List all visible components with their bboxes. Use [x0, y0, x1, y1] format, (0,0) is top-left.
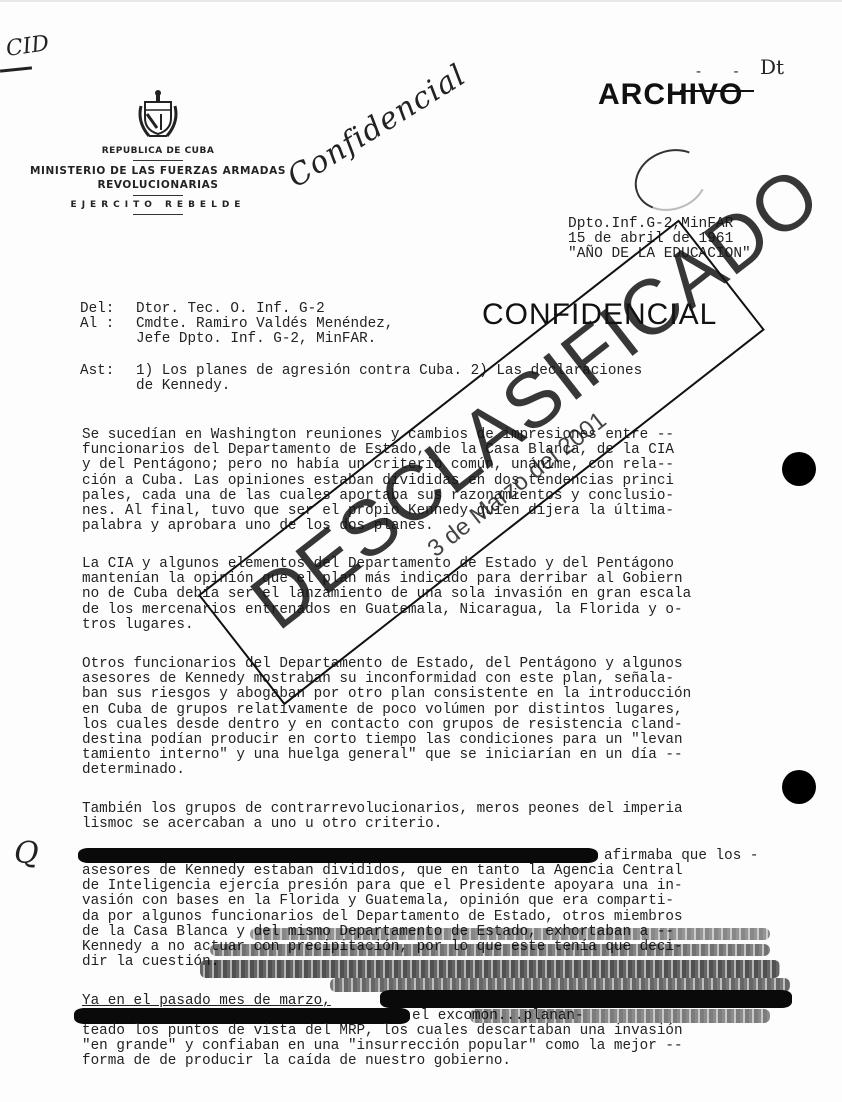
punch-hole: [782, 770, 816, 804]
paragraph-3: Otros funcionarios del Departamento de E…: [82, 657, 691, 779]
text-line: También los grupos de contrarrevoluciona…: [82, 801, 683, 817]
handwritten-margin-mark: Q: [14, 836, 39, 871]
divider: [133, 195, 183, 196]
redaction-bar: [380, 990, 792, 1008]
paragraph-6-first: Ya en el pasado mes de marzo,: [82, 994, 331, 1009]
text-line: de Inteligencia ejercía presión para que…: [82, 878, 683, 894]
document-page: CID Confidencial - - Dt Q REPUBLICA DE C…: [0, 0, 842, 1102]
al-value-2: Jefe Dpto. Inf. G-2, MinFAR.: [136, 332, 376, 347]
archivo-strikethrough: [680, 90, 754, 92]
cuba-coat-of-arms-icon: [135, 88, 181, 140]
del-value: Dtor. Tec. O. Inf. G-2: [136, 302, 325, 317]
text-line: ban sus riesgos y abogaban por otro plan…: [82, 686, 691, 702]
handwritten-confidencial: Confidencial: [281, 58, 472, 195]
text-line: Otros funcionarios del Departamento de E…: [82, 656, 683, 672]
smudged-redaction: [200, 960, 780, 978]
text-line: dir la cuestión.: [82, 954, 219, 970]
text-line: en Cuba de grupos relativamente de poco …: [82, 702, 683, 718]
paragraph-5-first-tail: afirmaba que los -: [604, 849, 758, 864]
text-line: asesores de Kennedy mostraban su inconfo…: [82, 671, 674, 687]
text-line: lismoc se acercaban a uno u otro criteri…: [82, 816, 442, 832]
punch-hole: [782, 452, 816, 486]
del-label: Del:: [80, 302, 114, 317]
text-line: destina podían producir en corto tiempo …: [82, 732, 683, 748]
revolucionarias-line: REVOLUCIONARIAS: [20, 179, 296, 191]
smudged-redaction: [210, 944, 770, 956]
text-line: determinado.: [82, 762, 185, 778]
text-line: teado los puntos de vista del MRP, los c…: [82, 1023, 683, 1039]
text-line: da por algunos funcionarios del Departam…: [82, 909, 683, 925]
text-line: los cuales desde dentro y en contacto co…: [82, 717, 683, 733]
letterhead: REPUBLICA DE CUBA MINISTERIO DE LAS FUER…: [20, 88, 296, 219]
divider: [133, 160, 183, 161]
handwritten-oval-mark: [626, 139, 716, 221]
republica-line: REPUBLICA DE CUBA: [20, 146, 296, 156]
redaction-bar: [78, 848, 598, 863]
archivo-stamp: ARCHIVO: [598, 78, 743, 112]
ast-label: Ast:: [80, 364, 114, 379]
text-line: vasión con bases en la Florida y Guatema…: [82, 893, 674, 909]
text-line: asesores de Kennedy estaban divididos, q…: [82, 863, 683, 879]
redaction-bar: [74, 1008, 410, 1024]
ministerio-line: MINISTERIO DE LAS FUERZAS ARMADAS: [20, 165, 296, 177]
text-line: forma de de producir la caída de nuestro…: [82, 1053, 511, 1069]
text-line: tamiento interno" y una huelga general" …: [82, 747, 683, 763]
paragraph-6: teado los puntos de vista del MRP, los c…: [82, 1024, 683, 1070]
smudged-redaction: [250, 928, 770, 940]
handwritten-dt: Dt: [760, 55, 784, 79]
divider: [133, 214, 183, 215]
handwritten-dash: [0, 66, 32, 72]
text-line: "en grande" y confiaban en una "insurrec…: [82, 1038, 683, 1054]
al-label: Al :: [80, 317, 114, 332]
smudged-redaction: [470, 1009, 770, 1023]
handwritten-cid: CID: [4, 31, 50, 62]
text-line: tros lugares.: [82, 617, 194, 633]
paragraph-4: También los grupos de contrarrevoluciona…: [82, 802, 683, 832]
scan-edge: [0, 0, 842, 2]
al-value-1: Cmdte. Ramiro Valdés Menéndez,: [136, 317, 393, 332]
ast-value-2: de Kennedy.: [136, 379, 230, 394]
ejercito-line: EJERCITO REBELDE: [20, 200, 296, 210]
